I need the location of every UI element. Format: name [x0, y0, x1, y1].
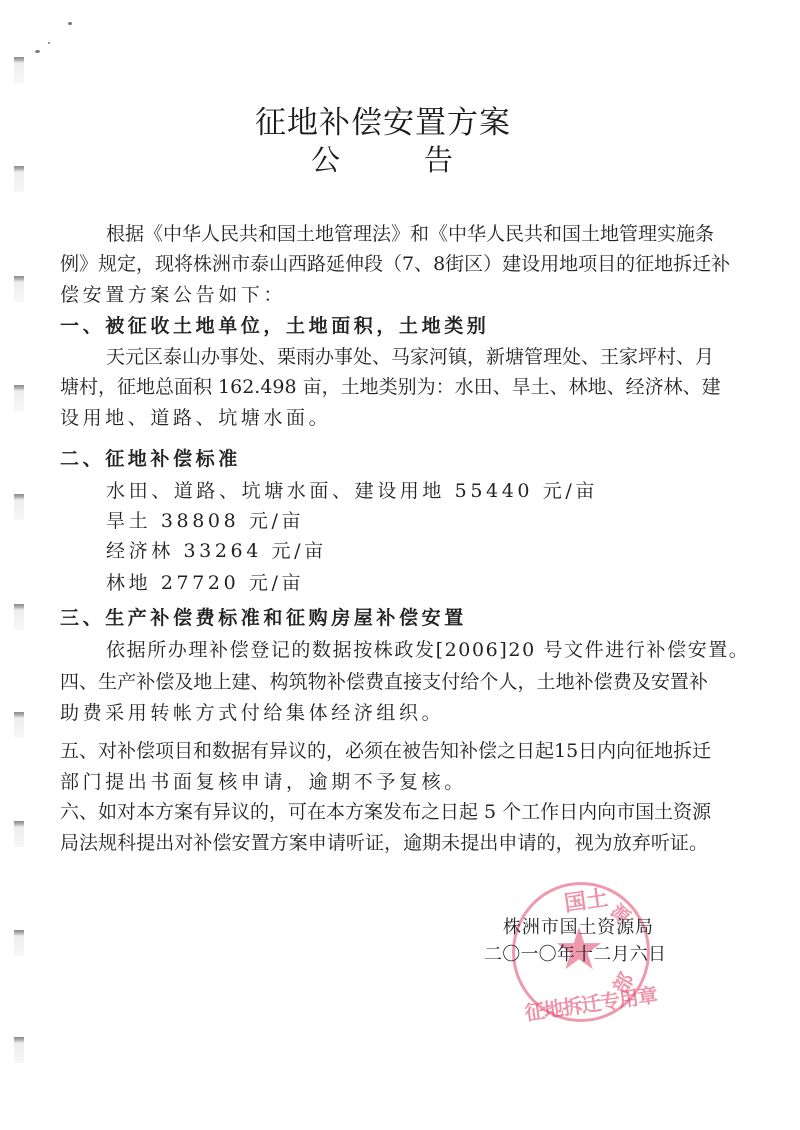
binder-hole-mark: [14, 385, 24, 411]
rate-line: 水田、道路、坑塘水面、建设用地 55440 元/亩: [106, 476, 708, 506]
section-heading-2: 二、征地补偿标准: [60, 444, 708, 474]
section-heading-3: 三、生产补偿费标准和征购房屋补偿安置: [60, 603, 708, 633]
section-heading-1: 一、被征收土地单位，土地面积，土地类别: [60, 311, 708, 341]
section-3-line: 依据所办理补偿登记的数据按株政发[2006]20 号文件进行补偿安置。: [106, 635, 708, 665]
seal-top-text: 国土: [562, 881, 610, 918]
section-5-line: 部门提出书面复核申请，逾期不予复核。: [60, 767, 708, 797]
binder-hole-mark: [14, 1037, 24, 1063]
binder-hole-mark: [14, 930, 24, 956]
document-subtitle-gong: 公: [311, 142, 340, 178]
scan-speck: [68, 22, 72, 25]
binder-hole-mark: [14, 821, 24, 847]
binder-hole-mark: [14, 166, 24, 192]
binder-hole-mark: [14, 604, 24, 630]
binder-hole-mark: [14, 494, 24, 520]
binder-hole-mark: [14, 276, 24, 302]
scan-speck: [35, 50, 40, 53]
binder-hole-mark: [14, 57, 24, 83]
intro-line: 例》规定，现将株洲市泰山西路延伸段（7、8街区）建设用地项目的征地拆迁补: [60, 249, 708, 279]
intro-line: 根据《中华人民共和国土地管理法》和《中华人民共和国土地管理实施条: [106, 219, 708, 249]
rate-line: 林地 27720 元/亩: [106, 568, 708, 598]
section-5-line: 五、对补偿项目和数据有异议的，必须在被告知补偿之日起15日内向征地拆迁: [60, 736, 708, 766]
scan-speck: [48, 42, 50, 44]
document-title: 征地补偿安置方案: [0, 104, 766, 142]
document-subtitle-gao: 告: [424, 142, 453, 178]
section-1-line: 塘村，征地总面积 162.498 亩，土地类别为：水田、旱土、林地、经济林、建: [60, 372, 708, 402]
issuer-name: 株洲市国土资源局: [503, 916, 653, 940]
section-4-line: 四、生产补偿及地上建、构筑物补偿费直接支付给个人，土地补偿费及安置补: [60, 667, 708, 697]
issue-date: 二〇一〇年十二月六日: [484, 943, 666, 967]
binder-hole-mark: [14, 712, 24, 738]
section-1-line: 天元区泰山办事处、栗雨办事处、马家河镇，新塘管理处、王家坪村、月: [106, 342, 708, 372]
rate-line: 旱土 38808 元/亩: [106, 506, 708, 536]
section-6-line: 六、如对本方案有异议的，可在本方案发布之日起 5 个工作日内向市国土资源: [60, 797, 708, 827]
section-6-line: 局法规科提出对补偿安置方案申请听证，逾期未提出申请的，视为放弃听证。: [60, 828, 708, 858]
section-1-line: 设用地、道路、坑塘水面。: [60, 403, 708, 433]
intro-line: 偿安置方案公告如下：: [60, 280, 708, 310]
rate-line: 经济林 33264 元/亩: [106, 536, 708, 566]
section-4-line: 助费采用转帐方式付给集体经济组织。: [60, 698, 708, 728]
